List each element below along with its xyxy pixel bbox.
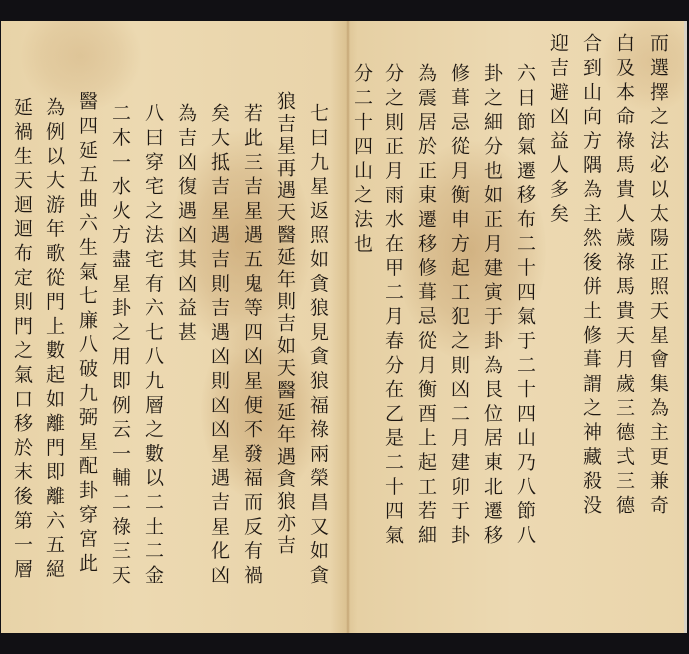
text-column: 六日節氣遷移布二十四氣于二十四山乃八節八	[513, 63, 537, 549]
text-column: 而選擇之法必以太陽正照天星會集為主更兼奇	[646, 33, 670, 519]
text-column: 二木一水火方盡星卦之用即例云一輔二祿三天	[108, 103, 132, 589]
text-column: 白及本命祿馬貴人歲祿馬貴天月歲三德弍三德	[612, 33, 636, 519]
text-column: 狼吉星再遇天醫延年則吉如天醫延年遇貪狼亦吉	[273, 91, 297, 557]
text-column: 修葺忌從月衡申方起工犯之則凶二月建卯于卦	[447, 63, 471, 549]
text-column: 七曰九星返照如貪狼見貪狼福祿兩榮昌又如貪	[306, 103, 330, 589]
text-column: 卦之細分也如正月建寅于卦為艮位居東北遷移	[480, 63, 504, 549]
text-column: 若此三吉星遇五鬼等四凶星便不發福而反有禍	[240, 103, 264, 589]
text-column: 為震居於正東遷移修葺忌從月衡酉上起工若細	[414, 63, 438, 549]
text-column: 八曰穿宅之法宅有六七八九層之數以二土二金	[141, 103, 165, 589]
text-column: 迎吉避凶益人多矣	[546, 33, 570, 227]
text-column: 為吉凶復遇凶其凶益甚	[174, 103, 198, 346]
text-column: 延禍生天迴迴布定則門之氣口移於末後第一層	[10, 97, 34, 583]
right-page: 而選擇之法必以太陽正照天星會集為主更兼奇 白及本命祿馬貴人歲祿馬貴天月歲三德弍三…	[350, 21, 687, 633]
left-page: 七曰九星返照如貪狼見貪狼福祿兩榮昌又如貪 狼吉星再遇天醫延年則吉如天醫延年遇貪狼…	[1, 21, 346, 633]
text-column: 合到山向方隅為主然後併土修葺謂之神藏殺没	[579, 33, 603, 519]
text-column: 分二十四山之法也	[350, 63, 374, 257]
text-column: 分之則正月雨水在甲二月春分在乙是二十四氣	[381, 63, 405, 549]
manuscript-spread: 而選擇之法必以太陽正照天星會集為主更兼奇 白及本命祿馬貴人歲祿馬貴天月歲三德弍三…	[1, 21, 687, 633]
text-column: 為例以大游年歌從門上數起如離門即離六五絕	[42, 97, 66, 583]
text-column: 醫四延五曲六生氣七廉八破九弼星配卦穿宮此	[75, 91, 99, 577]
text-column: 矣大抵吉星遇吉則吉遇凶則凶凶星遇吉星化凶	[207, 103, 231, 589]
